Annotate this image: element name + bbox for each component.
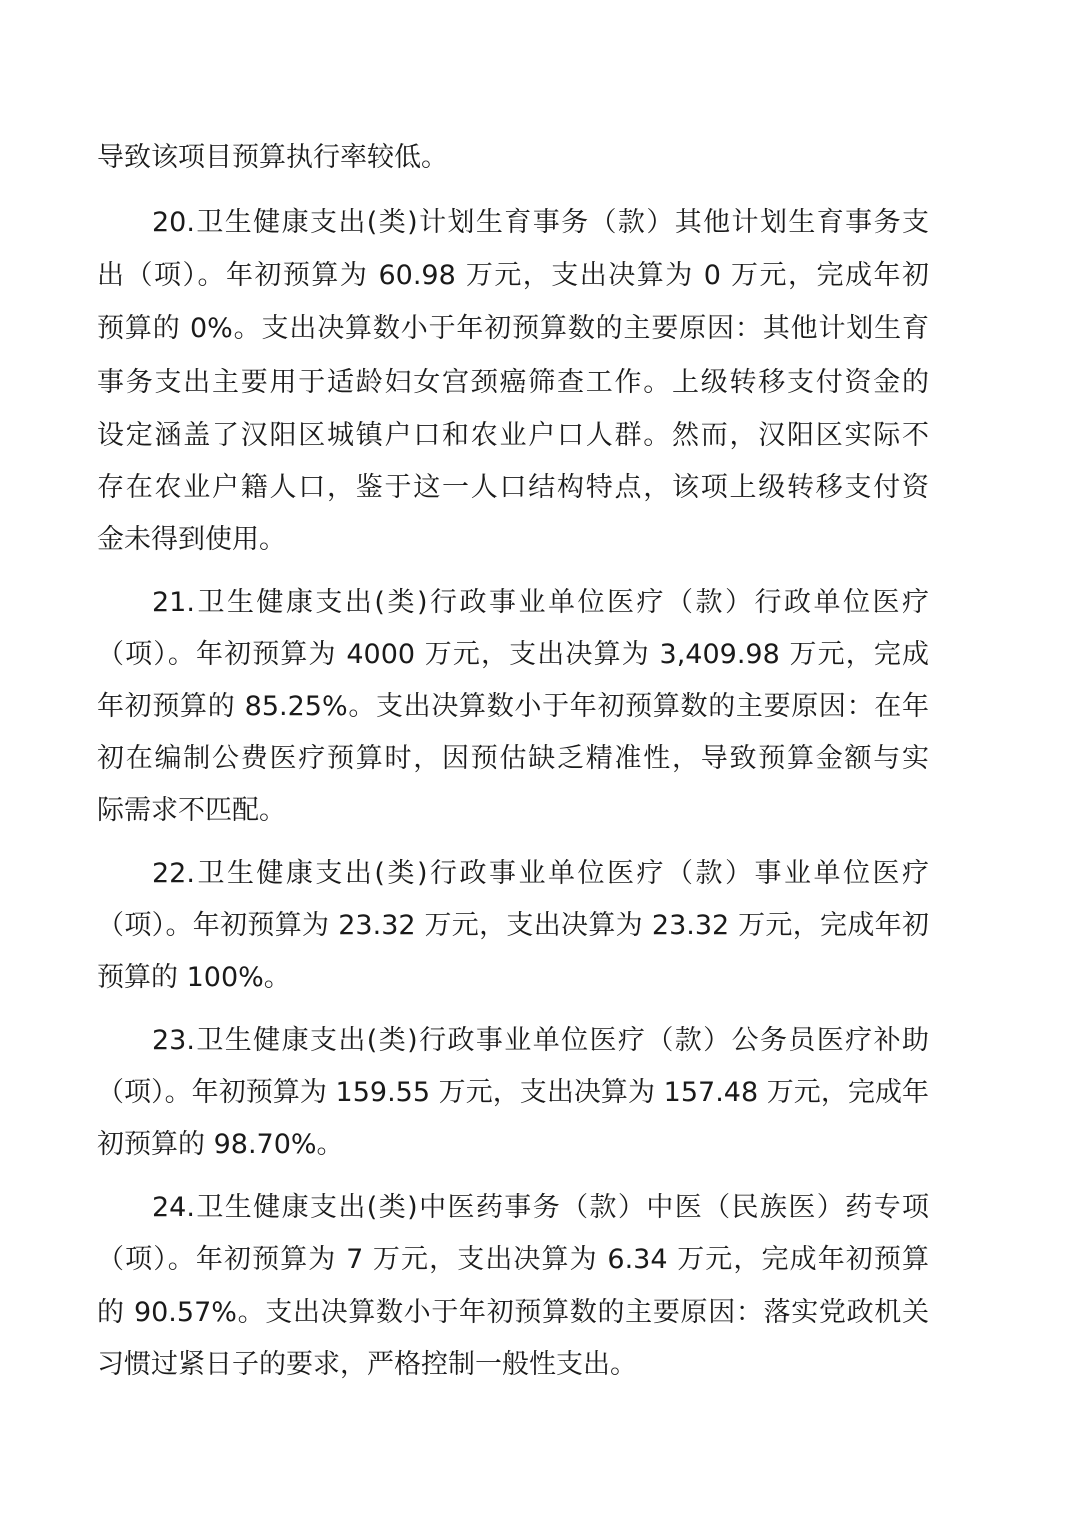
text-line: （项）。年初预算为 7 万元，支出决算为 6.34 万元，完成年初预算 — [97, 1240, 929, 1280]
text-line: 事务支出主要用于适龄妇女宫颈癌筛查工作。上级转移支付资金的 — [97, 363, 929, 403]
text-line: （项）。年初预算为 23.32 万元，支出决算为 23.32 万元，完成年初 — [97, 906, 929, 946]
text-line: 年初预算的 85.25%。支出决算数小于年初预算数的主要原因：在年 — [97, 687, 929, 727]
text-line: 际需求不匹配。 — [97, 791, 929, 831]
text-line: 22.卫生健康支出(类)行政事业单位医疗（款）事业单位医疗 — [152, 854, 929, 894]
text-line: 金未得到使用。 — [97, 520, 929, 560]
text-line: 出（项）。年初预算为 60.98 万元，支出决算为 0 万元，完成年初 — [97, 256, 929, 296]
text-line: （项）。年初预算为 159.55 万元，支出决算为 157.48 万元，完成年 — [97, 1073, 929, 1113]
text-line: 导致该项目预算执行率较低。 — [97, 138, 929, 178]
text-line: （项）。年初预算为 4000 万元，支出决算为 3,409.98 万元，完成 — [97, 635, 929, 675]
text-line: 24.卫生健康支出(类)中医药事务（款）中医（民族医）药专项 — [152, 1188, 929, 1228]
text-line: 预算的 100%。 — [97, 958, 929, 998]
text-line: 21.卫生健康支出(类)行政事业单位医疗（款）行政单位医疗 — [152, 583, 929, 623]
text-line: 初在编制公费医疗预算时，因预估缺乏精准性，导致预算金额与实 — [97, 739, 929, 779]
text-line: 20.卫生健康支出(类)计划生育事务（款）其他计划生育事务支 — [152, 203, 929, 243]
text-line: 初预算的 98.70%。 — [97, 1125, 929, 1165]
text-line: 习惯过紧日子的要求，严格控制一般性支出。 — [97, 1345, 929, 1385]
text-line: 的 90.57%。支出决算数小于年初预算数的主要原因：落实党政机关 — [97, 1293, 929, 1333]
document-page: 导致该项目预算执行率较低。 20.卫生健康支出(类)计划生育事务（款）其他计划生… — [0, 0, 1069, 1514]
text-line: 存在农业户籍人口，鉴于这一人口结构特点，该项上级转移支付资 — [97, 468, 929, 508]
text-line: 预算的 0%。支出决算数小于年初预算数的主要原因：其他计划生育 — [97, 309, 929, 349]
text-line: 设定涵盖了汉阳区城镇户口和农业户口人群。然而，汉阳区实际不 — [97, 416, 929, 456]
text-line: 23.卫生健康支出(类)行政事业单位医疗（款）公务员医疗补助 — [152, 1021, 929, 1061]
